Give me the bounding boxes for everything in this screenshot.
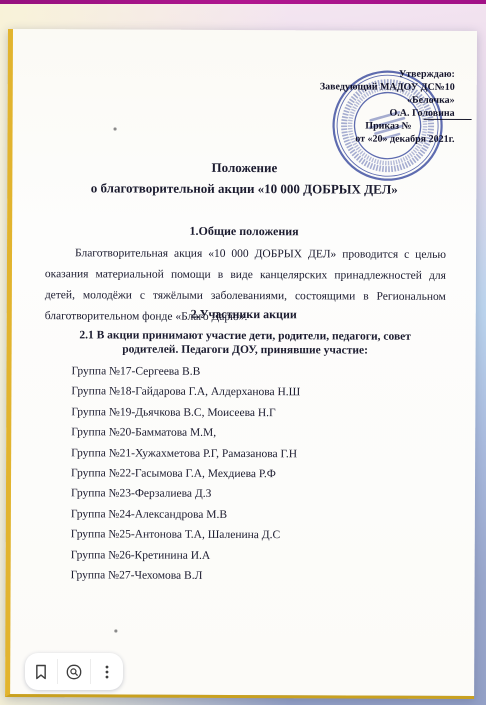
bookmark-icon: [31, 662, 51, 682]
doc-title-line1: Положение: [12, 159, 476, 177]
section2-heading: 2.Участники акции: [12, 306, 476, 323]
approval-line: О.А. Головина: [235, 106, 455, 120]
signature-line: [424, 119, 472, 120]
group-line: Группа №23-Ферзалиева Д.З: [71, 484, 451, 506]
section2-intro-line2: родителей. Педагоги ДОУ, принявшие участ…: [45, 342, 446, 358]
group-line: Группа №26-Кретинина И.А: [71, 545, 451, 567]
magenta-top-strip: [0, 0, 486, 4]
groups-list: Группа №17-Сергеева В.В Группа №18-Гайда…: [71, 361, 452, 587]
approval-line: Заведующий МАДОУ ДС№10: [235, 80, 455, 94]
paper-speck: [114, 127, 117, 130]
group-line: Группа №19-Дьячкова В.С, Моисеева Н.Г: [71, 402, 451, 424]
image-search-icon: [64, 662, 84, 682]
group-line: Группа №24-Александрова М.В: [71, 504, 451, 526]
approval-line: Приказ №: [235, 119, 455, 133]
floating-toolbar: [25, 653, 123, 690]
approval-block: Утверждаю: Заведующий МАДОУ ДС№10 «Белоч…: [234, 67, 454, 146]
group-line: Группа №17-Сергеева В.В: [71, 361, 451, 383]
section1-heading: 1.Общие положения: [12, 223, 476, 240]
approval-line: «Белочка»: [235, 93, 455, 107]
paper-speck: [114, 629, 117, 632]
approval-line: от «20» декабря 2021г.: [234, 132, 454, 146]
group-line: Группа №25-Антонова Т.А, Шаленина Д.С: [71, 525, 451, 547]
bookmark-button[interactable]: [25, 653, 57, 690]
group-line: Группа №20-Бамматова М.М,: [71, 422, 451, 444]
group-line: Группа №27-Чехомова В.Л: [71, 565, 451, 587]
kebab-menu-icon: [97, 662, 117, 682]
image-search-button[interactable]: [58, 653, 90, 690]
more-options-button[interactable]: [91, 653, 123, 690]
section2-intro-line1: 2.1 В акции принимают участие дети, роди…: [45, 328, 446, 344]
document-photo-page: Утверждаю: Заведующий МАДОУ ДС№10 «Белоч…: [5, 29, 477, 699]
group-line: Группа №18-Гайдарова Г.А, Алдерханова Н.…: [71, 382, 451, 404]
group-line: Группа №22-Гасымова Г.А, Мехдиева Р.Ф: [71, 463, 451, 485]
doc-title-line2: о благотворительной акции «10 000 ДОБРЫХ…: [12, 180, 476, 198]
approval-line: Утверждаю:: [235, 67, 455, 81]
group-line: Группа №21-Хужахметова Р.Г, Рамазанова Г…: [71, 443, 451, 465]
screenshot-root: Утверждаю: Заведующий МАДОУ ДС№10 «Белоч…: [0, 0, 486, 705]
section2-intro: 2.1 В акции принимают участие дети, роди…: [45, 328, 446, 358]
